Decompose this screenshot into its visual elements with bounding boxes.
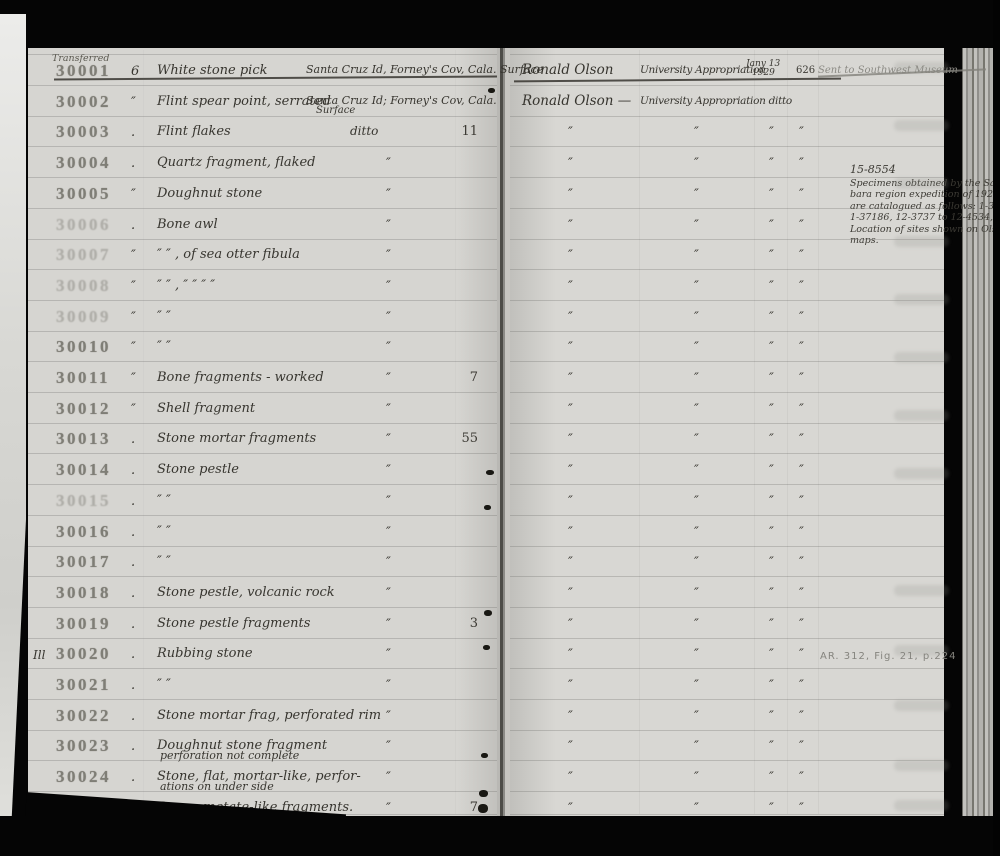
ditto-mark: .: [131, 618, 135, 631]
specimen-number: 30010: [56, 338, 111, 355]
ruled-line: [510, 546, 944, 547]
locality-ditto: ″: [386, 280, 391, 293]
ruled-line: [28, 208, 497, 209]
how-acquired-ditto: ″: [694, 219, 699, 232]
specimen-number: 30004: [56, 154, 111, 171]
description: Stone mortar fragments: [157, 432, 316, 445]
collector-ditto: ″: [568, 587, 573, 600]
ink-bleed-ghost: [894, 294, 949, 305]
locality-ditto: ″: [386, 587, 391, 600]
book-gutter: [497, 48, 510, 816]
ink-bleed-ghost: [894, 62, 949, 73]
description: Stone pestle: [157, 463, 239, 476]
catalog-ditto: ″: [799, 157, 804, 170]
ruled-line: [28, 361, 497, 362]
date-year: 1929: [752, 69, 775, 78]
description: Flint spear point, serrated: [157, 95, 331, 108]
ink-bleed-ghost: [894, 700, 949, 711]
description: Stone mortar frag, perforated rim: [157, 709, 381, 722]
specimen-number: 30017: [56, 553, 111, 570]
ink-bleed-ghost: [894, 760, 949, 771]
ditto-mark: .: [131, 710, 135, 723]
column-rule: [455, 50, 456, 814]
locality-ditto: ″: [386, 679, 391, 692]
how-acquired-ditto: ″: [694, 771, 699, 784]
column-rule: [818, 50, 819, 814]
how-acquired-ditto: ″: [694, 433, 699, 446]
ruled-line: [28, 791, 497, 792]
ditto-mark: .: [131, 648, 135, 661]
column-rule: [639, 50, 640, 814]
catalog-ditto: ″: [799, 219, 804, 232]
description: Stone pestle, volcanic rock: [157, 586, 335, 599]
note-line: 15-8554: [850, 164, 1000, 176]
locality-ditto: ″: [386, 433, 391, 446]
specimen-number: 30019: [56, 615, 111, 632]
catalog-ditto: ″: [799, 433, 804, 446]
how-acquired-ditto: ″: [694, 157, 699, 170]
specimen-number: 30014: [56, 461, 111, 478]
scan-border: [0, 816, 1000, 856]
illustrated-prefix: Ill: [33, 649, 45, 661]
ink-bleed-ghost: [894, 236, 949, 247]
how-acquired-ditto: ″: [694, 126, 699, 139]
collector-ditto: ″: [568, 556, 573, 569]
description: ″ ″: [157, 494, 171, 507]
locality-ditto: ″: [386, 710, 391, 723]
column-rule: [754, 50, 755, 814]
date-ditto: ″: [769, 556, 774, 569]
locality-ditto: ″: [386, 648, 391, 661]
description: White stone pick: [157, 64, 268, 77]
ditto-mark: ″: [131, 311, 136, 324]
description: Bone awl: [157, 218, 218, 231]
column-rule: [143, 50, 144, 814]
how-acquired-ditto: ″: [694, 464, 699, 477]
locality-ditto: ″: [386, 219, 391, 232]
ruled-line: [510, 331, 944, 332]
ink-bleed-ghost: [894, 585, 949, 596]
locality-ditto: ″: [386, 495, 391, 508]
ink-bleed-ghost: [894, 352, 949, 363]
collector-ditto: ″: [568, 464, 573, 477]
ruled-line: [510, 791, 944, 792]
locality-ditto: ″: [386, 556, 391, 569]
ruled-line: [28, 177, 497, 178]
ruled-line: [510, 54, 944, 55]
ruled-line: [28, 423, 497, 424]
specimen-number: 30002: [56, 93, 111, 110]
date-ditto: ″: [769, 679, 774, 692]
ruled-line: [28, 54, 497, 55]
ruled-line: [510, 146, 944, 147]
catalog-ditto: ″: [799, 587, 804, 600]
ruled-line: [28, 146, 497, 147]
how-acquired-ditto: ″: [694, 587, 699, 600]
ditto-mark: .: [131, 679, 135, 692]
ditto-mark: ″: [131, 341, 136, 354]
collector-ditto: ″: [568, 526, 573, 539]
how-acquired-ditto: ″: [694, 249, 699, 262]
catalog-ditto: ″: [799, 526, 804, 539]
collector-ditto: ″: [568, 802, 573, 815]
ditto-mark: ″: [131, 96, 136, 109]
how-acquired-ditto: ″: [694, 403, 699, 416]
ruled-line: [510, 423, 944, 424]
ruled-line: [28, 239, 497, 240]
date-ditto: ″: [769, 219, 774, 232]
description: Bone fragments - worked: [157, 371, 324, 384]
locality-ditto: ″: [386, 341, 391, 354]
how-acquired-ditto: ″: [694, 710, 699, 723]
locality-ditto: ″: [386, 526, 391, 539]
date-ditto: ″: [769, 648, 774, 661]
specimen-number: 30011: [56, 369, 110, 386]
description: ″ ″: [157, 678, 171, 691]
catalog-ditto: ″: [799, 740, 804, 753]
binding-mark: [478, 804, 488, 813]
specimen-number: 30013: [56, 430, 111, 447]
ink-bleed-ghost: [894, 410, 949, 421]
ditto-mark: ″: [131, 280, 136, 293]
ruled-line: [28, 331, 497, 332]
description: ″ ″ , of sea otter fibula: [157, 248, 300, 261]
specimen-number: 30001: [56, 62, 111, 79]
ruled-line: [510, 239, 944, 240]
binding-mark: [479, 790, 488, 797]
specimen-number: 30006: [56, 216, 111, 233]
ink-bleed-ghost: [894, 468, 949, 479]
catalog-ditto: ″: [799, 464, 804, 477]
catalog-ditto: ″: [799, 495, 804, 508]
ditto-mark: ″: [131, 372, 136, 385]
ruled-line: [28, 730, 497, 731]
how-acquired-ditto: ″: [694, 648, 699, 661]
collector: Ronald Olson —: [522, 95, 631, 109]
collector-ditto: ″: [568, 157, 573, 170]
how-acquired-ditto: ″: [694, 802, 699, 815]
specimen-number: 30009: [56, 308, 111, 325]
locality-ditto: ″: [386, 157, 391, 170]
date-ditto: ″: [769, 618, 774, 631]
catalog-ditto: ″: [799, 341, 804, 354]
ditto-mark: .: [131, 126, 135, 139]
ditto-mark: .: [131, 495, 135, 508]
locality-ditto: ″: [386, 802, 391, 815]
ditto-mark: 6: [131, 65, 139, 78]
description: ″ ″: [157, 555, 171, 568]
ruled-line: [510, 177, 944, 178]
date-ditto: ″: [769, 157, 774, 170]
description: Shell fragment: [157, 402, 255, 415]
ruled-line: [28, 300, 497, 301]
specimen-number: 30024: [56, 768, 111, 785]
ruled-line: [510, 515, 944, 516]
collector-ditto: ″: [568, 771, 573, 784]
how-acquired-ditto: ″: [694, 280, 699, 293]
locality-ditto: ″: [386, 740, 391, 753]
scan-border: [993, 0, 1000, 856]
ink-bleed-ghost: [894, 800, 949, 811]
specimen-number: 30003: [56, 123, 111, 140]
locality-ditto: ″: [386, 372, 391, 385]
ruled-line: [28, 269, 497, 270]
binding-mark: [483, 645, 490, 650]
gutter-shadow-right: [510, 48, 556, 816]
catalog-ditto: ″: [799, 556, 804, 569]
date-ditto: ″: [769, 433, 774, 446]
ruled-line: [510, 576, 944, 577]
ditto-mark: .: [131, 433, 135, 446]
ruled-line: [510, 392, 944, 393]
ruled-line: [510, 269, 944, 270]
ruled-line: [28, 760, 497, 761]
ruled-line: [28, 607, 497, 608]
date-ditto: ″: [769, 188, 774, 201]
column-rule: [787, 50, 788, 814]
ruled-line: [510, 760, 944, 761]
ditto-mark: ″: [131, 403, 136, 416]
ditto-mark: .: [131, 464, 135, 477]
ledger-spread: Transferred 15-8554 Specimens obtained b…: [28, 48, 992, 816]
note-line: are catalogued as follows: 1-30001 to: [850, 201, 1000, 213]
catalog-ditto: ″: [799, 280, 804, 293]
collector-ditto: ″: [568, 740, 573, 753]
ruled-line: [510, 361, 944, 362]
how-acquired-ditto: ″: [694, 495, 699, 508]
specimen-number: 30018: [56, 584, 111, 601]
note-line: bara region expedition of 1927 and 1928: [850, 189, 1000, 201]
collector-ditto: ″: [568, 710, 573, 723]
collector-ditto: ″: [568, 495, 573, 508]
binding-mark: [484, 610, 492, 616]
catalog-ditto: ″: [799, 618, 804, 631]
ruled-line: [28, 546, 497, 547]
collector-ditto: ″: [568, 648, 573, 661]
ditto-mark: .: [131, 740, 135, 753]
how-acquired-ditto: ″: [694, 740, 699, 753]
ditto-mark: .: [131, 771, 135, 784]
date-ditto: ″: [769, 372, 774, 385]
binding-mark: [484, 505, 491, 510]
date-ditto: ″: [769, 249, 774, 262]
date-ditto: ″: [769, 740, 774, 753]
collector-ditto: ″: [568, 219, 573, 232]
how-acquired-ditto: ″: [694, 618, 699, 631]
ruled-line: [28, 392, 497, 393]
date-ditto: ″: [769, 280, 774, 293]
catalog-ditto: ″: [799, 311, 804, 324]
specimen-number: 30020: [56, 645, 111, 662]
locality: ditto: [350, 125, 378, 137]
catalog-ditto: ″: [799, 188, 804, 201]
ditto-mark: .: [131, 157, 135, 170]
ink-bleed-ghost: [894, 120, 949, 131]
catalog-ditto: ″: [799, 771, 804, 784]
ruled-line: [510, 730, 944, 731]
catalog-ditto: ″: [799, 710, 804, 723]
date-ditto: ″: [769, 587, 774, 600]
how-acquired-ditto: ″: [694, 372, 699, 385]
ditto-mark: .: [131, 219, 135, 232]
date-ditto: ″: [769, 126, 774, 139]
catalog-ditto: ″: [799, 403, 804, 416]
locality-ditto: ″: [386, 771, 391, 784]
binding-mark: [486, 470, 494, 475]
description: ″ ″ , ″ ″ ″ ″: [157, 279, 215, 292]
ruled-line: [510, 607, 944, 608]
collector-ditto: ″: [568, 433, 573, 446]
collector-ditto: ″: [568, 403, 573, 416]
collector-ditto: ″: [568, 679, 573, 692]
description: Rubbing stone: [157, 647, 253, 660]
specimen-number: 30021: [56, 676, 111, 693]
catalog-ditto: ″: [799, 802, 804, 815]
specimen-number: 30005: [56, 185, 111, 202]
specimen-number: 30012: [56, 400, 111, 417]
date-ditto: ″: [769, 802, 774, 815]
description: Flint flakes: [157, 125, 231, 138]
specimen-number: 30015: [56, 492, 111, 509]
locality-ditto: ″: [386, 249, 391, 262]
note-line: Location of sites shown on Olson's key: [850, 224, 1000, 236]
ruled-line: [28, 515, 497, 516]
date-ditto: ″: [769, 526, 774, 539]
ruled-line: [510, 668, 944, 669]
description: ″ ″: [157, 310, 171, 323]
ditto-mark: .: [131, 587, 135, 600]
how-acquired-ditto: ″: [694, 556, 699, 569]
how-acquired-ditto: ″: [694, 679, 699, 692]
catalog-number: 626: [796, 66, 815, 76]
catalog-ditto: ″: [799, 648, 804, 661]
ruled-line: [510, 208, 944, 209]
locality-line2: Surface: [316, 106, 355, 116]
collector: Ronald Olson: [522, 64, 613, 78]
ruled-line: [28, 116, 497, 117]
ruled-line: [28, 484, 497, 485]
locality-ditto: ″: [386, 188, 391, 201]
ruled-line: [510, 85, 944, 86]
collector-ditto: ″: [568, 188, 573, 201]
date-ditto: ″: [769, 311, 774, 324]
specimen-number: 30007: [56, 246, 111, 263]
ink-bleed-ghost: [894, 645, 949, 656]
catalog-ditto: ″: [799, 249, 804, 262]
description: ″ ″: [157, 340, 171, 353]
how-acquired: University Appropriation ditto: [640, 96, 792, 107]
collector-ditto: ″: [568, 311, 573, 324]
how-acquired-ditto: ″: [694, 341, 699, 354]
date-ditto: ″: [769, 495, 774, 508]
film-edge-strip: [0, 14, 26, 856]
ruled-line: [28, 85, 497, 86]
locality-ditto: ″: [386, 403, 391, 416]
locality-ditto: ″: [386, 464, 391, 477]
how-acquired-ditto: ″: [694, 188, 699, 201]
how-acquired-ditto: ″: [694, 311, 699, 324]
ruled-line: [510, 484, 944, 485]
specimen-number: 30023: [56, 737, 111, 754]
description: ″ ″: [157, 525, 171, 538]
ditto-mark: ″: [131, 188, 136, 201]
note-line: 1-37186, 12-3737 to 12-4534, 12-4538.: [850, 212, 1000, 224]
description: Stone pestle fragments: [157, 617, 310, 630]
ruled-line: [510, 116, 944, 117]
collector-ditto: ″: [568, 249, 573, 262]
specimen-number: 30016: [56, 523, 111, 540]
specimen-number: 30022: [56, 707, 111, 724]
date-ditto: ″: [769, 341, 774, 354]
ruled-line: [28, 699, 497, 700]
ruled-line: [510, 699, 944, 700]
date-ditto: ″: [769, 403, 774, 416]
ditto-mark: ″: [131, 249, 136, 262]
ruled-line: [510, 453, 944, 454]
ruled-line: [510, 814, 944, 815]
collector-ditto: ″: [568, 280, 573, 293]
collector-ditto: ″: [568, 341, 573, 354]
collector-ditto: ″: [568, 372, 573, 385]
collector-ditto: ″: [568, 618, 573, 631]
ruled-line: [510, 300, 944, 301]
ditto-mark: .: [131, 526, 135, 539]
catalog-ditto: ″: [799, 126, 804, 139]
description: Quartz fragment, flaked: [157, 156, 316, 169]
ruled-line: [28, 668, 497, 669]
catalog-ditto: ″: [799, 679, 804, 692]
how-acquired-ditto: ″: [694, 526, 699, 539]
date-ditto: ″: [769, 464, 774, 477]
ruled-line: [28, 576, 497, 577]
locality: Santa Cruz Id, Forney's Cov, Cala. Surfa…: [306, 64, 543, 75]
description: Doughnut stone: [157, 187, 262, 200]
binding-mark: [488, 88, 495, 93]
ruled-line: [510, 638, 944, 639]
specimen-number: 30008: [56, 277, 111, 294]
ditto-mark: .: [131, 556, 135, 569]
collector-ditto: ″: [568, 126, 573, 139]
binding-mark: [481, 753, 488, 758]
locality-ditto: ″: [386, 311, 391, 324]
ruled-line: [28, 453, 497, 454]
date-ditto: ″: [769, 710, 774, 723]
catalog-ditto: ″: [799, 372, 804, 385]
ink-bleed-ghost: [894, 178, 949, 189]
ruled-line: [28, 638, 497, 639]
scanned-ledger-page: Transferred 15-8554 Specimens obtained b…: [0, 0, 1000, 856]
locality-ditto: ″: [386, 618, 391, 631]
date-ditto: ″: [769, 771, 774, 784]
